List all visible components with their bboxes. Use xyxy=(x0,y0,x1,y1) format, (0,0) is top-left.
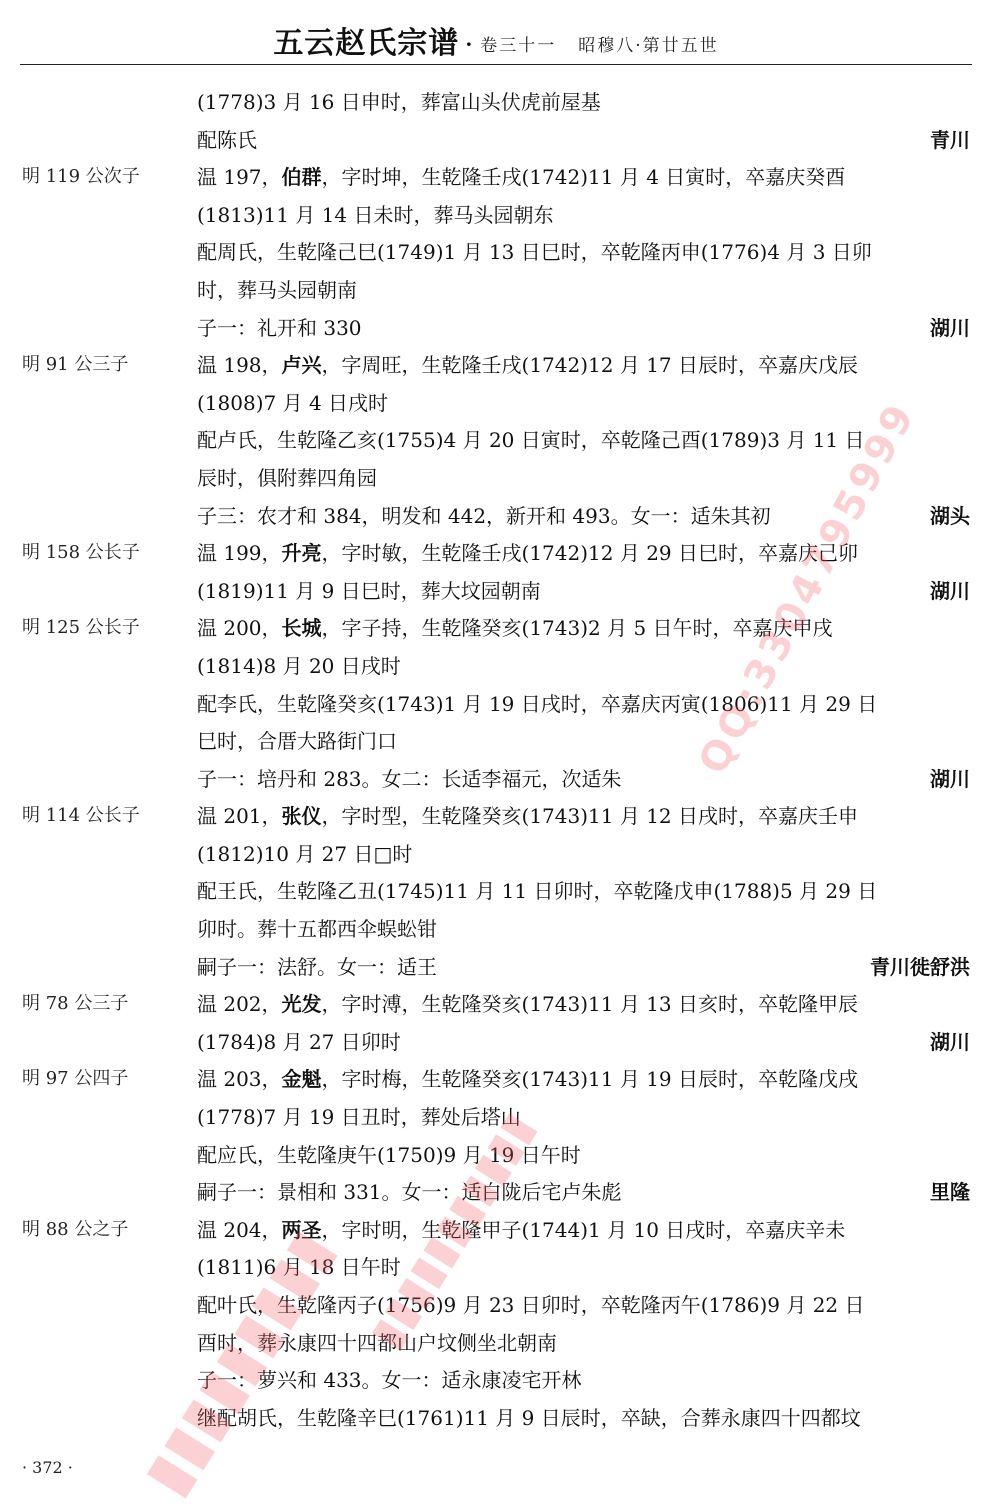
entry-line: 配应氏，生乾隆庚午(1750)9 月 19 日午时 xyxy=(0,1139,992,1177)
lineage-label: 明 125 公长子 xyxy=(22,612,140,644)
entry-text: 子一：礼开和 330 xyxy=(197,312,970,344)
residence-place: 青川徙舒洪 xyxy=(870,951,970,983)
entry-detail: ，字时敏，生乾隆壬戌(1742)12 月 29 日巳时，卒嘉庆己卯 xyxy=(322,541,858,565)
entry-line: 配李氏，生乾隆癸亥(1743)1 月 19 日戌时，卒嘉庆丙寅(1806)11 … xyxy=(0,688,992,726)
entry-text: 温 204，两圣，字时明，生乾隆甲子(1744)1 月 10 日戌时，卒嘉庆辛未 xyxy=(197,1214,970,1246)
header-rule xyxy=(20,64,972,65)
entry-text: 配应氏，生乾隆庚午(1750)9 月 19 日午时 xyxy=(197,1139,970,1171)
entry-line: 继配胡氏，生乾隆辛巳(1761)11 月 9 日辰时，卒缺，合葬永康四十四都坟 xyxy=(0,1402,992,1440)
entry-line: 时，葬马头园朝南 xyxy=(0,274,992,312)
entry-text: 子三：农才和 384，明发和 442，新开和 493。女一：适朱其初 xyxy=(197,500,970,532)
entry-text: 卯时。葬十五都西伞蜈蚣钳 xyxy=(197,913,970,945)
page-header: 五云赵氏宗谱 · 卷三十一 昭穆八·第廿五世 xyxy=(0,18,992,62)
lineage-label: 明 114 公长子 xyxy=(22,800,140,832)
entry-line: 配卢氏，生乾隆乙亥(1755)4 月 20 日寅时，卒乾隆己酉(1789)3 月… xyxy=(0,424,992,462)
entry-line: 明 158 公长子温 199，升亮，字时敏，生乾隆壬戌(1742)12 月 29… xyxy=(0,537,992,575)
section-label: 昭穆八·第廿五世 xyxy=(578,31,718,56)
lineage-label: 明 91 公三子 xyxy=(22,349,128,381)
entry-text: 时，葬马头园朝南 xyxy=(197,274,970,306)
entry-line: (1811)6 月 18 日午时 xyxy=(0,1251,992,1289)
entry-text: 温 198，卢兴，字周旺，生乾隆壬戌(1742)12 月 17 日辰时，卒嘉庆戊… xyxy=(197,349,970,381)
entry-line: 子三：农才和 384，明发和 442，新开和 493。女一：适朱其初湖头 xyxy=(0,500,992,538)
entry-line: 子一：培丹和 283。女二：长适李福元，次适朱湖川 xyxy=(0,763,992,801)
entry-line: 明 125 公长子温 200，长城，字子持，生乾隆癸亥(1743)2 月 5 日… xyxy=(0,612,992,650)
entry-text: (1808)7 月 4 日戌时 xyxy=(197,387,970,419)
residence-place: 湖川 xyxy=(930,312,970,344)
generation-number: 温 202， xyxy=(197,992,282,1016)
lineage-label: 明 158 公长子 xyxy=(22,537,140,569)
entry-text: 配陈氏 xyxy=(197,124,970,156)
entry-text: 温 203，金魁，字时梅，生乾隆癸亥(1743)11 月 19 日辰时，卒乾隆戊… xyxy=(197,1063,970,1095)
entry-line: 明 78 公三子温 202，光发，字时溥，生乾隆癸亥(1743)11 月 13 … xyxy=(0,988,992,1026)
entry-line: (1778)3 月 16 日申时，葬富山头伏虎前屋基 xyxy=(0,86,992,124)
person-name: 伯群 xyxy=(282,165,322,189)
entry-text: 嗣子一：景相和 331。女一：适白陇后宅卢朱彪 xyxy=(197,1176,970,1208)
entry-text: 子一：培丹和 283。女二：长适李福元，次适朱 xyxy=(197,763,970,795)
generation-number: 温 200， xyxy=(197,616,282,640)
entry-detail: ，字时溥，生乾隆癸亥(1743)11 月 13 日亥时，卒乾隆甲辰 xyxy=(322,992,858,1016)
generation-number: 温 198， xyxy=(197,353,282,377)
entry-detail: ，字子持，生乾隆癸亥(1743)2 月 5 日午时，卒嘉庆甲戌 xyxy=(322,616,833,640)
entry-text: 酉时，葬永康四十四都山户坟侧坐北朝南 xyxy=(197,1327,970,1359)
entry-line: (1784)8 月 27 日卯时湖川 xyxy=(0,1026,992,1064)
entry-line: (1808)7 月 4 日戌时 xyxy=(0,387,992,425)
person-name: 张仪 xyxy=(282,804,322,828)
entry-line: 配陈氏青川 xyxy=(0,124,992,162)
entry-text: 配王氏，生乾隆乙丑(1745)11 月 11 日卯时，卒乾隆戊申(1788)5 … xyxy=(197,875,970,907)
entry-line: 嗣子一：景相和 331。女一：适白陇后宅卢朱彪里隆 xyxy=(0,1176,992,1214)
lineage-label: 明 78 公三子 xyxy=(22,988,128,1020)
entry-text: (1814)8 月 20 日戌时 xyxy=(197,650,970,682)
lineage-label: 明 88 公之子 xyxy=(22,1214,128,1246)
entry-text: 温 202，光发，字时溥，生乾隆癸亥(1743)11 月 13 日亥时，卒乾隆甲… xyxy=(197,988,970,1020)
entry-line: 配王氏，生乾隆乙丑(1745)11 月 11 日卯时，卒乾隆戊申(1788)5 … xyxy=(0,875,992,913)
entry-line: 明 119 公次子温 197，伯群，字时坤，生乾隆壬戌(1742)11 月 4 … xyxy=(0,161,992,199)
entry-line: 明 114 公长子温 201，张仪，字时型，生乾隆癸亥(1743)11 月 12… xyxy=(0,800,992,838)
entry-text: 温 201，张仪，字时型，生乾隆癸亥(1743)11 月 12 日戌时，卒嘉庆壬… xyxy=(197,800,970,832)
entry-text: (1812)10 月 27 日□时 xyxy=(197,838,970,870)
entry-line: (1813)11 月 14 日未时，葬马头园朝东 xyxy=(0,199,992,237)
genealogy-entries: (1778)3 月 16 日申时，葬富山头伏虎前屋基配陈氏青川明 119 公次子… xyxy=(0,86,992,1439)
entry-line: (1819)11 月 9 日巳时，葬大坟园朝南湖川 xyxy=(0,575,992,613)
volume-label: 卷三十一 xyxy=(480,31,556,56)
entry-line: 明 91 公三子温 198，卢兴，字周旺，生乾隆壬戌(1742)12 月 17 … xyxy=(0,349,992,387)
entry-detail: ，字时坤，生乾隆壬戌(1742)11 月 4 日寅时，卒嘉庆癸酉 xyxy=(322,165,846,189)
entry-text: 配卢氏，生乾隆乙亥(1755)4 月 20 日寅时，卒乾隆己酉(1789)3 月… xyxy=(197,424,970,456)
residence-place: 里隆 xyxy=(930,1176,970,1208)
entry-text: 配叶氏，生乾隆丙子(1756)9 月 23 日卯时，卒乾隆丙午(1786)9 月… xyxy=(197,1289,970,1321)
lineage-label: 明 97 公四子 xyxy=(22,1063,128,1095)
entry-text: 配周氏，生乾隆己巳(1749)1 月 13 日巳时，卒乾隆丙申(1776)4 月… xyxy=(197,236,970,268)
entry-text: 温 200，长城，字子持，生乾隆癸亥(1743)2 月 5 日午时，卒嘉庆甲戌 xyxy=(197,612,970,644)
person-name: 光发 xyxy=(282,992,322,1016)
residence-place: 湖川 xyxy=(930,1026,970,1058)
residence-place: 青川 xyxy=(930,124,970,156)
entry-line: 配周氏，生乾隆己巳(1749)1 月 13 日巳时，卒乾隆丙申(1776)4 月… xyxy=(0,236,992,274)
entry-line: 巳时，合厝大路街门口 xyxy=(0,725,992,763)
entry-text: (1778)7 月 19 日丑时，葬处后塔山 xyxy=(197,1101,970,1133)
residence-place: 湖头 xyxy=(930,500,970,532)
generation-number: 温 203， xyxy=(197,1067,282,1091)
generation-number: 温 197， xyxy=(197,165,282,189)
entry-text: 配李氏，生乾隆癸亥(1743)1 月 19 日戌时，卒嘉庆丙寅(1806)11 … xyxy=(197,688,970,720)
entry-text: 巳时，合厝大路街门口 xyxy=(197,725,970,757)
entry-line: 子一：礼开和 330湖川 xyxy=(0,312,992,350)
entry-line: 辰时，俱附葬四角园 xyxy=(0,462,992,500)
residence-place: 湖川 xyxy=(930,575,970,607)
generation-number: 温 201， xyxy=(197,804,282,828)
entry-text: (1813)11 月 14 日未时，葬马头园朝东 xyxy=(197,199,970,231)
entry-line: 明 88 公之子温 204，两圣，字时明，生乾隆甲子(1744)1 月 10 日… xyxy=(0,1214,992,1252)
person-name: 长城 xyxy=(282,616,322,640)
entry-text: 子一：萝兴和 433。女一：适永康凌宅开林 xyxy=(197,1364,970,1396)
entry-detail: ，字时型，生乾隆癸亥(1743)11 月 12 日戌时，卒嘉庆壬申 xyxy=(322,804,858,828)
book-title: 五云赵氏宗谱 xyxy=(273,18,459,62)
entry-text: (1784)8 月 27 日卯时 xyxy=(197,1026,970,1058)
generation-number: 温 204， xyxy=(197,1218,282,1242)
page-number: · 372 · xyxy=(22,1458,73,1477)
entry-line: 配叶氏，生乾隆丙子(1756)9 月 23 日卯时，卒乾隆丙午(1786)9 月… xyxy=(0,1289,992,1327)
entry-line: 子一：萝兴和 433。女一：适永康凌宅开林 xyxy=(0,1364,992,1402)
entry-text: (1819)11 月 9 日巳时，葬大坟园朝南 xyxy=(197,575,970,607)
entry-line: (1778)7 月 19 日丑时，葬处后塔山 xyxy=(0,1101,992,1139)
person-name: 金魁 xyxy=(282,1067,322,1091)
entry-line: (1812)10 月 27 日□时 xyxy=(0,838,992,876)
header-separator: · xyxy=(465,32,472,56)
entry-text: 嗣子一：法舒。女一：适王 xyxy=(197,951,970,983)
generation-number: 温 199， xyxy=(197,541,282,565)
entry-detail: ，字时明，生乾隆甲子(1744)1 月 10 日戌时，卒嘉庆辛未 xyxy=(322,1218,846,1242)
entry-text: 辰时，俱附葬四角园 xyxy=(197,462,970,494)
entry-detail: ，字周旺，生乾隆壬戌(1742)12 月 17 日辰时，卒嘉庆戊辰 xyxy=(322,353,858,377)
entry-line: 明 97 公四子温 203，金魁，字时梅，生乾隆癸亥(1743)11 月 19 … xyxy=(0,1063,992,1101)
entry-line: 卯时。葬十五都西伞蜈蚣钳 xyxy=(0,913,992,951)
person-name: 卢兴 xyxy=(282,353,322,377)
entry-text: 温 199，升亮，字时敏，生乾隆壬戌(1742)12 月 29 日巳时，卒嘉庆己… xyxy=(197,537,970,569)
entry-text: (1811)6 月 18 日午时 xyxy=(197,1251,970,1283)
person-name: 升亮 xyxy=(282,541,322,565)
entry-text: 继配胡氏，生乾隆辛巳(1761)11 月 9 日辰时，卒缺，合葬永康四十四都坟 xyxy=(197,1402,970,1434)
lineage-label: 明 119 公次子 xyxy=(22,161,140,193)
entry-line: 嗣子一：法舒。女一：适王青川徙舒洪 xyxy=(0,951,992,989)
residence-place: 湖川 xyxy=(930,763,970,795)
entry-line: 酉时，葬永康四十四都山户坟侧坐北朝南 xyxy=(0,1327,992,1365)
entry-text: 温 197，伯群，字时坤，生乾隆壬戌(1742)11 月 4 日寅时，卒嘉庆癸酉 xyxy=(197,161,970,193)
entry-detail: ，字时梅，生乾隆癸亥(1743)11 月 19 日辰时，卒乾隆戊戌 xyxy=(322,1067,858,1091)
person-name: 两圣 xyxy=(282,1218,322,1242)
entry-text: (1778)3 月 16 日申时，葬富山头伏虎前屋基 xyxy=(197,86,970,118)
entry-line: (1814)8 月 20 日戌时 xyxy=(0,650,992,688)
